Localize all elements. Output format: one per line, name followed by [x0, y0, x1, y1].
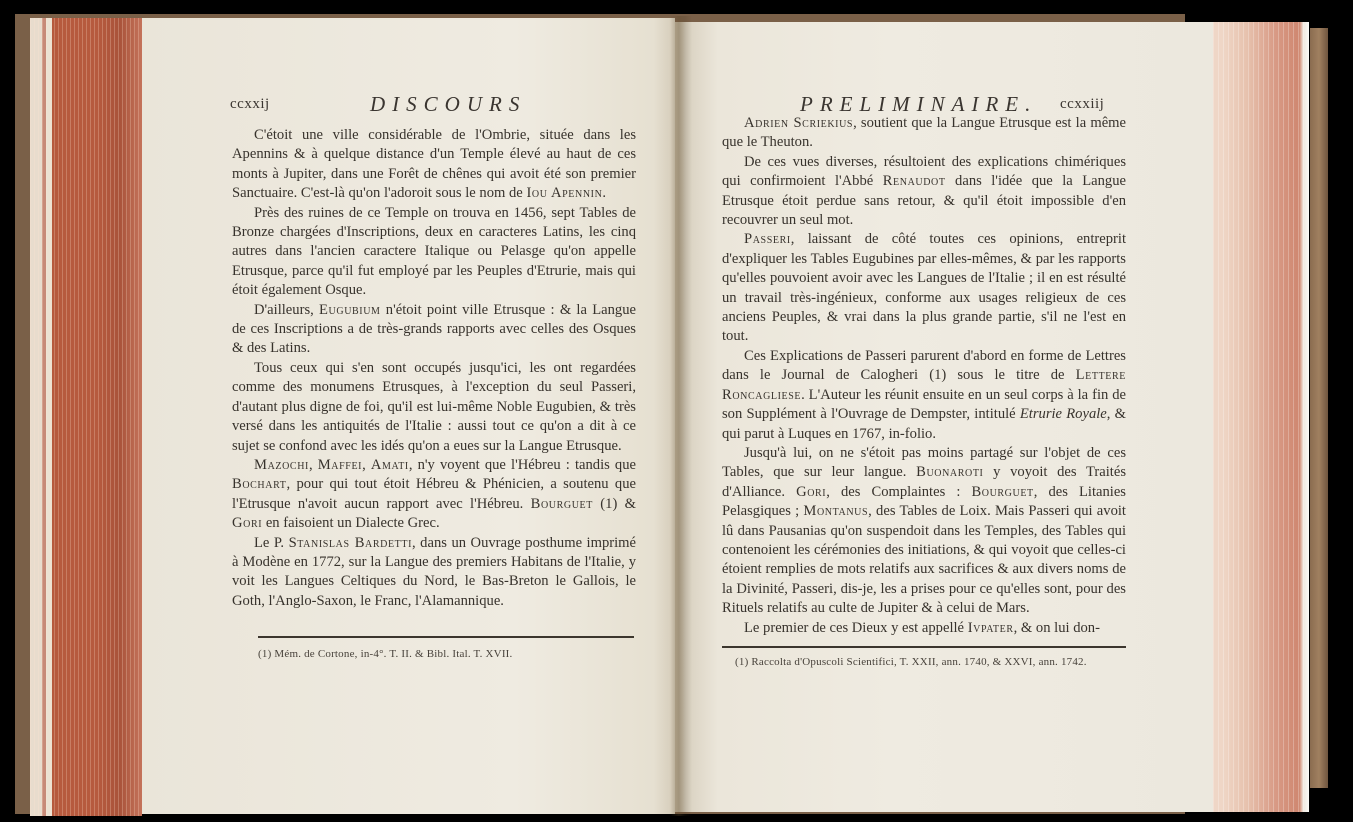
paragraph: Jusqu'à lui, on ne s'étoit pas moins par… — [722, 444, 1126, 619]
proper-name: Amati — [371, 457, 409, 473]
footnote-rule — [722, 646, 1126, 648]
paragraph: Passeri, laissant de côté toutes ces opi… — [722, 230, 1126, 346]
paragraph: Tous ceux qui s'en sont occupés jusqu'ic… — [232, 359, 636, 456]
proper-name: Gori — [232, 515, 262, 531]
text-run: Tous ceux qui s'en sont occupés jusqu'ic… — [232, 360, 636, 454]
paragraph: De ces vues diverses, résultoient des ex… — [722, 153, 1126, 231]
proper-name: Stanislas Bardetti — [289, 535, 412, 551]
text-run: Le P. — [254, 535, 289, 551]
proper-name: Adrien Scriekius — [744, 115, 853, 131]
text-run: D'ailleurs, — [254, 302, 319, 318]
book-cover-right-board — [1310, 28, 1328, 788]
proper-name: Mazochi — [254, 457, 309, 473]
left-page-header: ccxxij DISCOURS — [230, 92, 650, 118]
text-run: , & on lui don- — [1014, 620, 1100, 636]
proper-name: Ivpater — [968, 620, 1014, 636]
proper-name: Maffei — [318, 457, 362, 473]
footnote: (1) Mém. de Cortone, in-4°. T. II. & Bib… — [258, 648, 513, 660]
paragraph: Le P. Stanislas Bardetti, dans un Ouvrag… — [232, 534, 636, 612]
text-run: , — [362, 457, 371, 473]
proper-name: Bourguet — [971, 484, 1033, 500]
text-run: Le premier de ces Dieux y est appellé — [744, 620, 968, 636]
text-run: , des Tables de Loix. Mais Passeri qui a… — [722, 503, 1126, 616]
footnote-rule — [258, 636, 634, 638]
proper-name: Montanus — [803, 503, 868, 519]
running-title: DISCOURS — [370, 92, 526, 117]
text-run: Ces Explications de Passeri parurent d'a… — [722, 348, 1126, 383]
right-page-body: Adrien Scriekius, soutient que la Langue… — [722, 114, 1126, 638]
proper-name: Iou Apennin. — [526, 185, 606, 201]
proper-name: Eugubium — [319, 302, 381, 318]
paragraph: Près des ruines de ce Temple on trouva e… — [232, 204, 636, 301]
left-page-body: C'étoit une ville considérable de l'Ombr… — [232, 126, 636, 611]
text-run: , des Complaintes : — [826, 484, 971, 500]
open-book: ccxxij DISCOURS C'étoit une ville consid… — [0, 0, 1353, 822]
text-run: (1) & — [593, 496, 636, 512]
gutter-shadow — [670, 16, 692, 816]
text-run: , — [309, 457, 318, 473]
paragraph: Ces Explications de Passeri parurent d'a… — [722, 347, 1126, 444]
text-run: , laissant de côté toutes ces opinions, … — [722, 231, 1126, 344]
paragraph: Mazochi, Maffei, Amati, n'y voyent que l… — [232, 456, 636, 534]
footnote: (1) Raccolta d'Opuscoli Scientifici, T. … — [735, 656, 1087, 668]
text-run: en faisoient un Dialecte Grec. — [262, 515, 439, 531]
page-edges-right — [1213, 22, 1309, 812]
paragraph: Le premier de ces Dieux y est appellé Iv… — [722, 619, 1126, 638]
proper-name: Bochart — [232, 476, 286, 492]
page-number: ccxxij — [230, 96, 270, 113]
paragraph: D'ailleurs, Eugubium n'étoit point ville… — [232, 301, 636, 359]
proper-name: Gori — [796, 484, 826, 500]
proper-name: Passeri — [744, 231, 791, 247]
proper-name: Buonaroti — [916, 464, 983, 480]
text-run: , n'y voyent que l'Hébreu : tandis que — [409, 457, 636, 473]
paragraph: Adrien Scriekius, soutient que la Langue… — [722, 114, 1126, 153]
text-run: Près des ruines de ce Temple on trouva e… — [232, 205, 636, 299]
paragraph: C'étoit une ville considérable de l'Ombr… — [232, 126, 636, 204]
page-number: ccxxiij — [1060, 96, 1104, 113]
page-edges-left — [30, 18, 142, 816]
proper-name: Renaudot — [883, 173, 946, 189]
italic-title: Etrurie Royale — [1020, 406, 1107, 422]
proper-name: Bourguet — [531, 496, 593, 512]
